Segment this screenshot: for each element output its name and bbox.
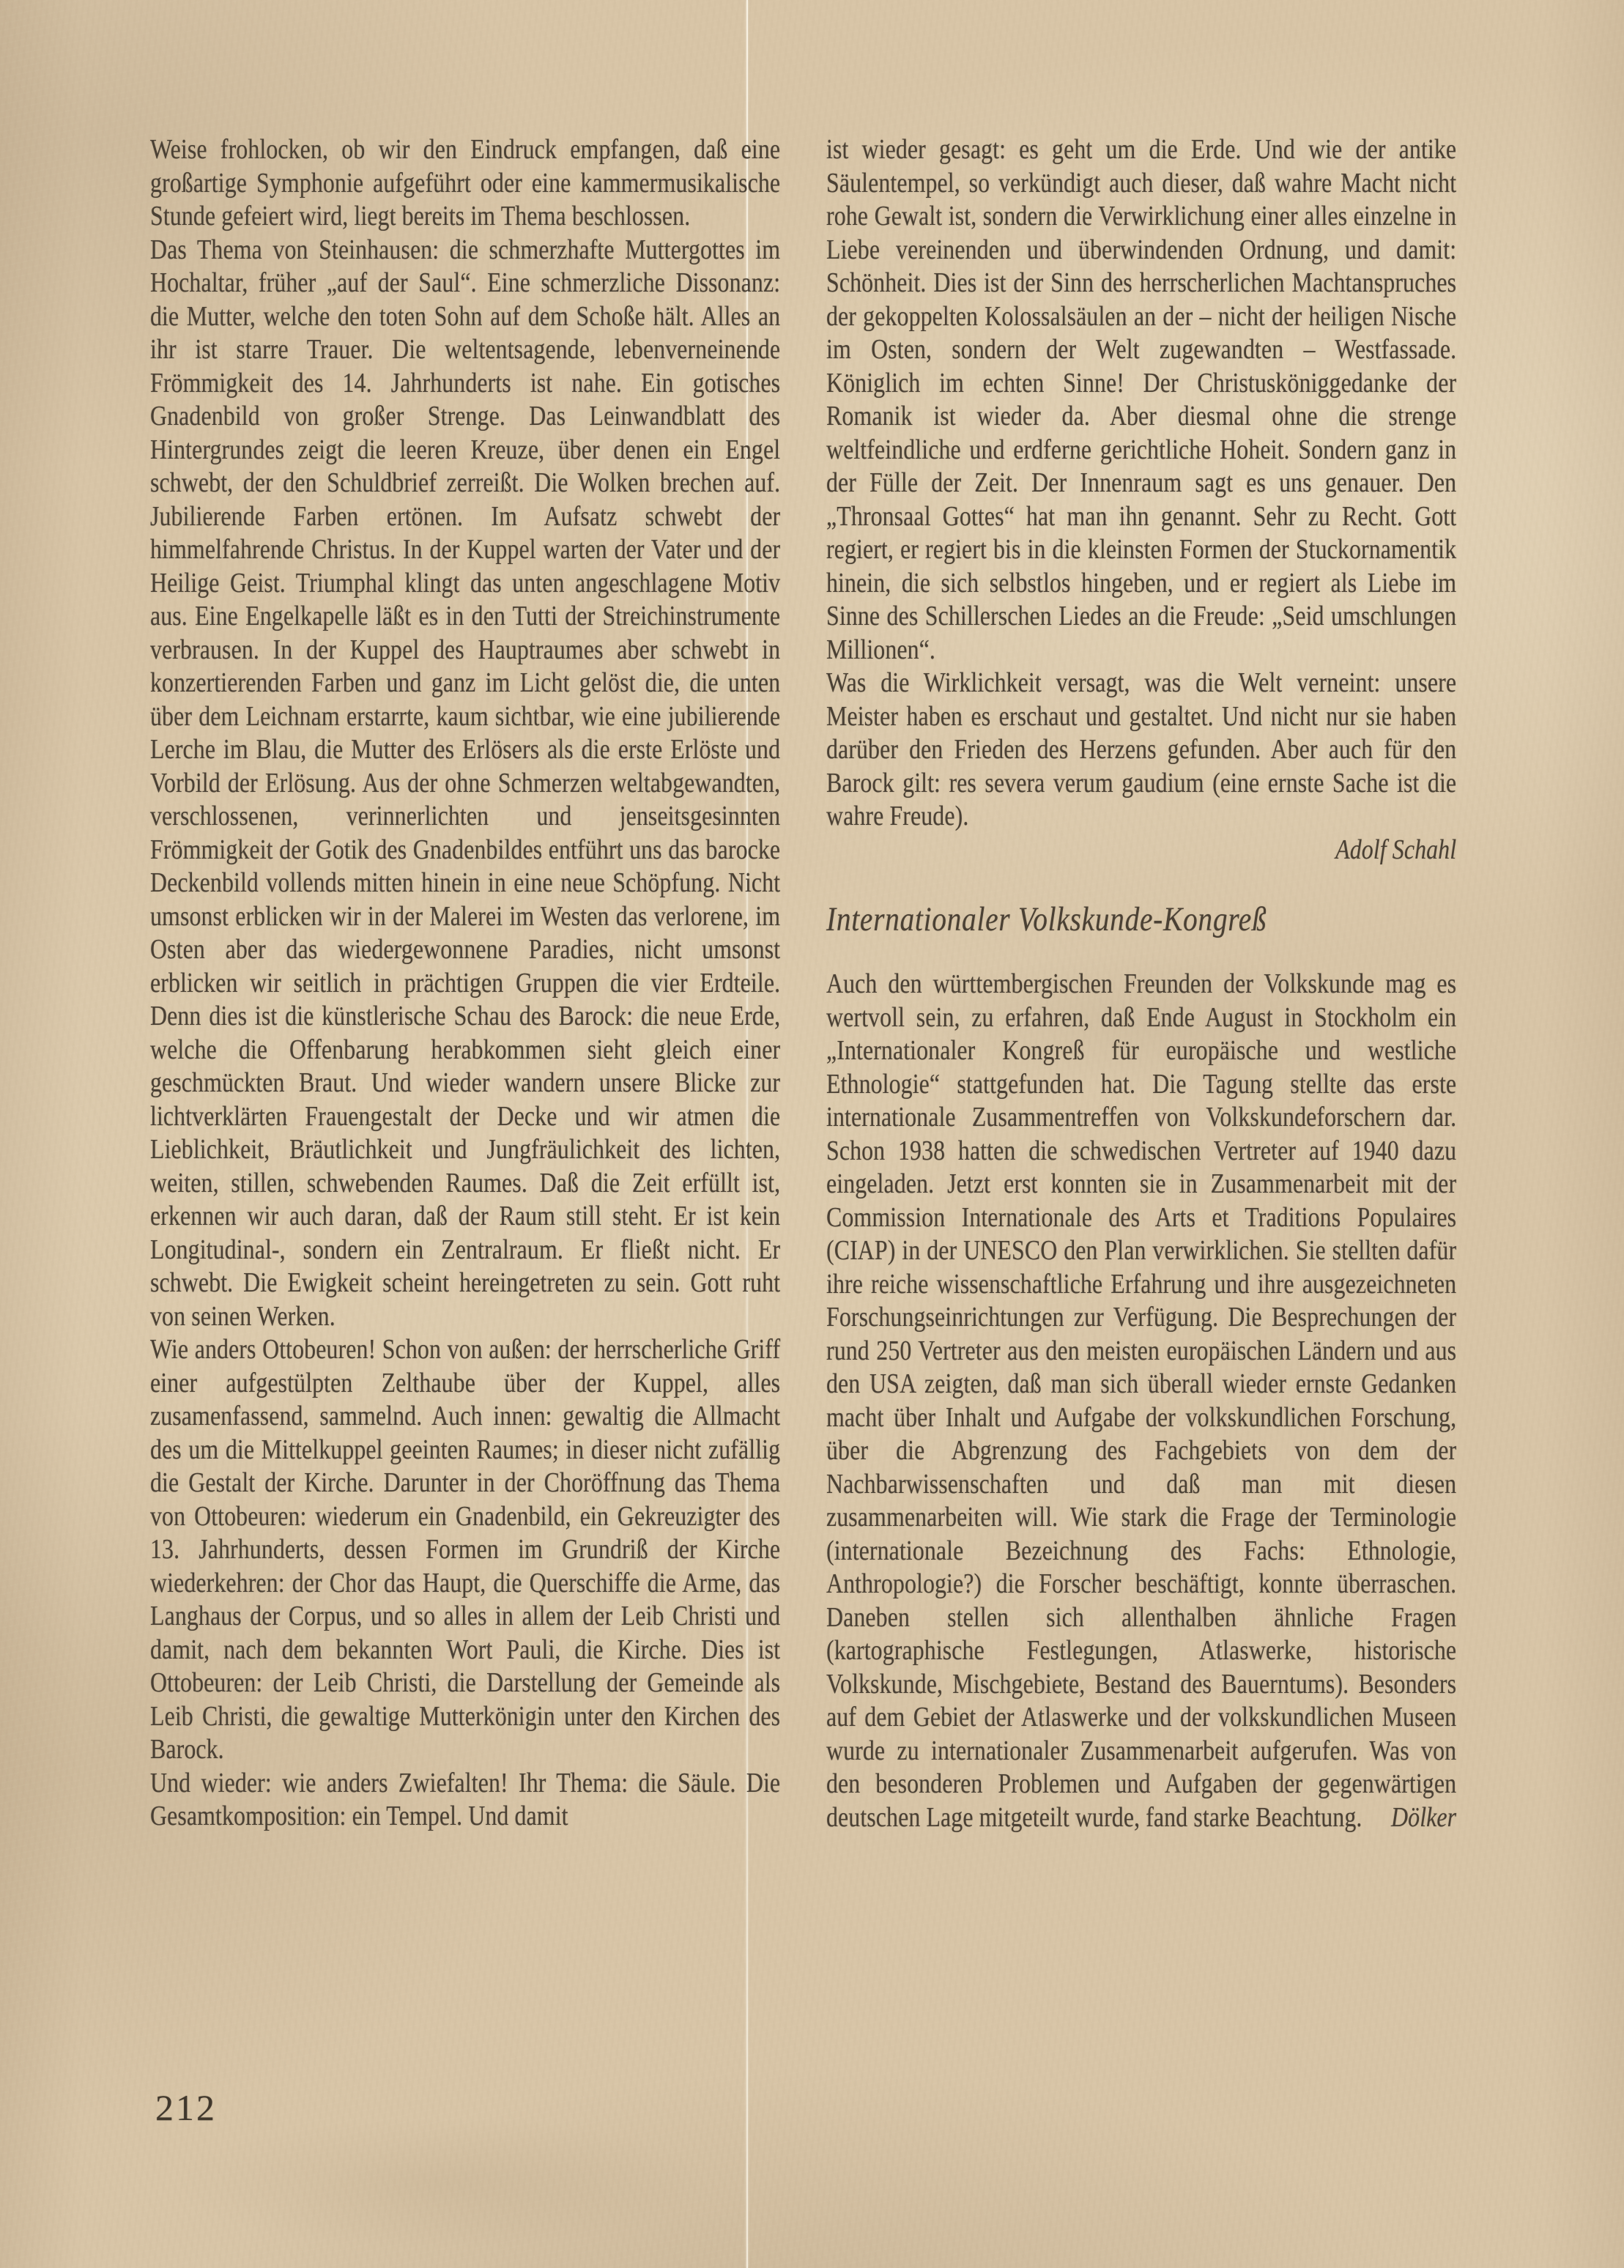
text-paragraph: Und wieder: wie anders Zwiefalten! Ihr T… <box>150 1767 780 1834</box>
text-paragraph-body: Auch den württembergischen Freunden der … <box>826 968 1456 1833</box>
text-paragraph: Das Thema von Steinhausen: die schmerzha… <box>150 234 780 1334</box>
article-signature-doelker: Dölker <box>1391 1801 1456 1835</box>
text-paragraph: Was die Wirklichkeit versagt, was die We… <box>826 667 1456 834</box>
page-number: 212 <box>155 2086 217 2129</box>
text-paragraph: Wie anders Ottobeuren! Schon von außen: … <box>150 1333 780 1767</box>
article-heading-volkskunde-kongress: Internationaler Volkskunde-Kongreß <box>826 899 1456 940</box>
text-paragraph: Weise frohlocken, ob wir den Eindruck em… <box>150 133 780 234</box>
text-paragraph: Auch den württembergischen Freunden der … <box>826 968 1456 1834</box>
text-paragraph: ist wieder gesagt: es geht um die Erde. … <box>826 133 1456 667</box>
article-signature-adolf-schahl: Adolf Schahl <box>826 834 1456 867</box>
scanned-book-page: Weise frohlocken, ob wir den Eindruck em… <box>0 0 1624 2268</box>
paper-stain <box>176 2110 835 2256</box>
left-text-column: Weise frohlocken, ob wir den Eindruck em… <box>150 133 780 1834</box>
right-text-column: ist wieder gesagt: es geht um die Erde. … <box>826 133 1456 1834</box>
